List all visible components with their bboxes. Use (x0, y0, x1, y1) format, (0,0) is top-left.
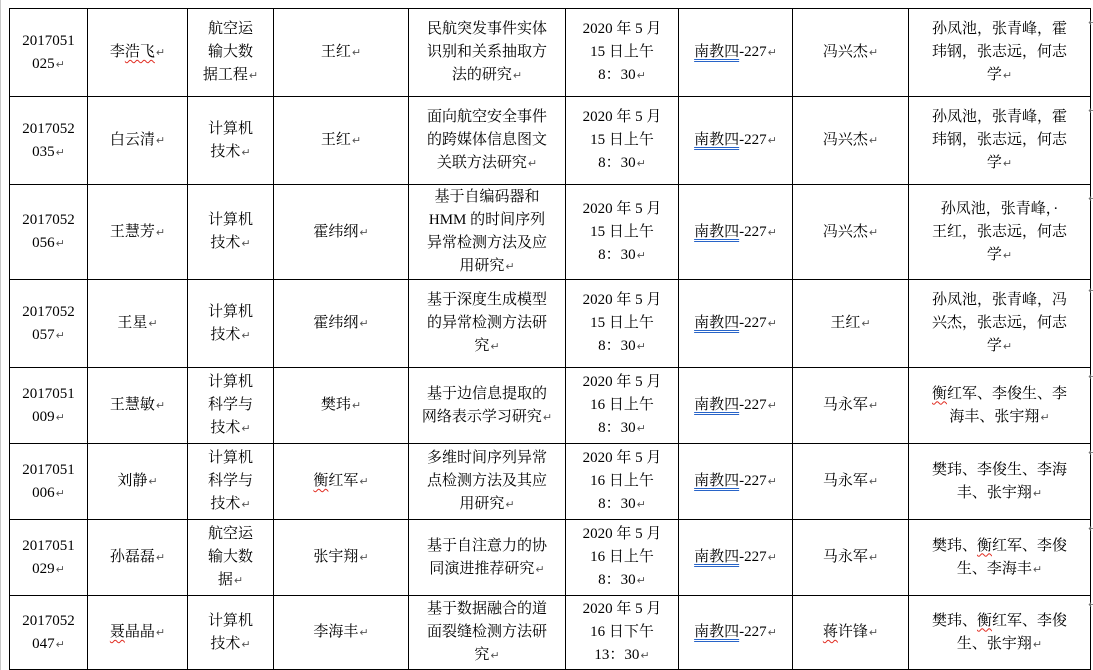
end-of-cell-mark: ↵ (640, 649, 649, 662)
end-of-row-mark: ↵ (1088, 446, 1093, 459)
cell-student-id: 2017052 035↵ (10, 97, 88, 185)
table-row: 2017051 029↵ 孙磊磊↵ 航空运 输大数 据↵ 张宇翔↵ 基于自注意力… (10, 520, 1091, 596)
cell-chair: 蒋许锋↵ (793, 596, 909, 670)
end-of-cell-mark: ↵ (543, 411, 552, 424)
table-row: 2017051 006↵ 刘静↵ 计算机 科学与 技术↵ 衡红军↵ 多维时间序列… (10, 444, 1091, 520)
cell-advisor: 王红↵ (274, 97, 409, 185)
end-of-cell-mark: ↵ (535, 563, 544, 576)
end-of-cell-mark: ↵ (234, 574, 243, 587)
cell-chair: 冯兴杰↵ (793, 9, 909, 97)
end-of-cell-mark: ↵ (869, 475, 878, 488)
cell-thesis-title: 基于深度生成模型 的异常检测方法研 究↵ (409, 280, 566, 368)
defense-schedule-table: 2017051 025↵ 李浩飞↵ 航空运 输大数 据工程↵ 王红↵ 民航突发事… (9, 8, 1091, 670)
end-of-row-mark: ↵ (1088, 16, 1093, 29)
end-of-cell-mark: ↵ (56, 638, 65, 651)
cell-student-id: 2017052 047↵ (10, 596, 88, 670)
cell-thesis-title: 基于自编码器和 HMM 的时间序列 异常检测方法及应 用研究↵ (409, 185, 566, 280)
end-of-cell-mark: ↵ (768, 475, 777, 488)
table-row: 2017052 035↵ 白云清↵ 计算机 技术↵ 王红↵ 面向航空安全事件 的… (10, 97, 1091, 185)
cell-committee: 樊玮、衡红军、李俊 生、李海丰↵ (909, 520, 1091, 596)
cell-major: 航空运 输大数 据工程↵ (188, 9, 274, 97)
end-of-cell-mark: ↵ (241, 498, 250, 511)
cell-datetime: 2020 年 5 月 16 日上午 8：30↵ (566, 444, 679, 520)
end-of-cell-mark: ↵ (249, 69, 258, 82)
end-of-cell-mark: ↵ (869, 626, 878, 639)
cell-chair: 马永军↵ (793, 444, 909, 520)
cell-advisor: 王红↵ (274, 9, 409, 97)
cell-major: 计算机 技术↵ (188, 596, 274, 670)
cell-advisor: 衡红军↵ (274, 444, 409, 520)
end-of-cell-mark: ↵ (1040, 411, 1049, 424)
cell-thesis-title: 民航突发事件实体 识别和关系抽取方 法的研究↵ (409, 9, 566, 97)
end-of-cell-mark: ↵ (768, 626, 777, 639)
end-of-cell-mark: ↵ (241, 422, 250, 435)
end-of-cell-mark: ↵ (1003, 249, 1012, 262)
table-row: 2017052 057↵ 王星↵ 计算机 技术↵ 霍纬纲↵ 基于深度生成模型 的… (10, 280, 1091, 368)
cell-thesis-title: 基于边信息提取的 网络表示学习研究↵ (409, 368, 566, 444)
end-of-cell-mark: ↵ (768, 551, 777, 564)
end-of-cell-mark: ↵ (352, 46, 361, 59)
cell-committee: 衡红军、李俊生、李 海丰、张宇翔↵ (909, 368, 1091, 444)
cell-location: 南教四-227↵ (679, 520, 793, 596)
end-of-cell-mark: ↵ (505, 260, 514, 273)
cell-datetime: 2020 年 5 月 15 日上午 8：30↵ (566, 185, 679, 280)
end-of-cell-mark: ↵ (1003, 340, 1012, 353)
table-row: 2017052 056↵ 王慧芳↵ 计算机 技术↵ 霍纬纲↵ 基于自编码器和 H… (10, 185, 1091, 280)
cell-student-name: 白云清↵ (88, 97, 188, 185)
table-row: 2017051 025↵ 李浩飞↵ 航空运 输大数 据工程↵ 王红↵ 民航突发事… (10, 9, 1091, 97)
end-of-cell-mark: ↵ (148, 317, 157, 330)
end-of-cell-mark: ↵ (528, 157, 537, 170)
end-of-cell-mark: ↵ (359, 551, 368, 564)
end-of-cell-mark: ↵ (359, 226, 368, 239)
cell-student-id: 2017052 056↵ (10, 185, 88, 280)
end-of-cell-mark: ↵ (1033, 638, 1042, 651)
cell-major: 计算机 科学与 技术↵ (188, 444, 274, 520)
end-of-cell-mark: ↵ (359, 626, 368, 639)
cell-thesis-title: 多维时间序列异常 点检测方法及其应 用研究↵ (409, 444, 566, 520)
end-of-cell-mark: ↵ (241, 146, 250, 159)
cell-datetime: 2020 年 5 月 16 日上午 8：30↵ (566, 368, 679, 444)
grammar-underline: 南教四 (694, 44, 739, 60)
end-of-cell-mark: ↵ (768, 46, 777, 59)
cell-datetime: 2020 年 5 月 15 日上午 8：30↵ (566, 280, 679, 368)
end-of-cell-mark: ↵ (241, 237, 250, 250)
table-row: 2017051 009↵ 王慧敏↵ 计算机 科学与 技术↵ 樊玮↵ 基于边信息提… (10, 368, 1091, 444)
cell-student-name: 王星↵ (88, 280, 188, 368)
cell-advisor: 张宇翔↵ (274, 520, 409, 596)
cell-student-id: 2017051 006↵ (10, 444, 88, 520)
cell-location: 南教四-227↵ (679, 185, 793, 280)
cell-location: 南教四-227↵ (679, 97, 793, 185)
end-of-cell-mark: ↵ (359, 317, 368, 330)
end-of-cell-mark: ↵ (56, 329, 65, 342)
end-of-cell-mark: ↵ (637, 498, 646, 511)
end-of-cell-mark: ↵ (768, 226, 777, 239)
cell-major: 计算机 技术↵ (188, 185, 274, 280)
end-of-cell-mark: ↵ (156, 134, 165, 147)
end-of-cell-mark: ↵ (869, 399, 878, 412)
cell-datetime: 2020 年 5 月 16 日下午 13：30↵ (566, 596, 679, 670)
cell-committee: 孙凤池，张青峰，· 王红，张志远，何志 学↵ (909, 185, 1091, 280)
cell-location: 南教四-227↵ (679, 9, 793, 97)
end-of-cell-mark: ↵ (56, 487, 65, 500)
cell-location: 南教四-227↵ (679, 596, 793, 670)
end-of-cell-mark: ↵ (1033, 563, 1042, 576)
cell-committee: 孙凤池，张青峰，霍 玮钢，张志远，何志 学↵ (909, 9, 1091, 97)
cell-major: 计算机 技术↵ (188, 97, 274, 185)
end-of-cell-mark: ↵ (768, 134, 777, 147)
cell-chair: 冯兴杰↵ (793, 97, 909, 185)
cell-chair: 王红↵ (793, 280, 909, 368)
cell-student-name: 孙磊磊↵ (88, 520, 188, 596)
end-of-row-mark: ↵ (1088, 192, 1093, 205)
end-of-cell-mark: ↵ (1003, 69, 1012, 82)
cell-thesis-title: 基于数据融合的道 面裂缝检测方法研 究↵ (409, 596, 566, 670)
cell-datetime: 2020 年 5 月 15 日上午 8：30↵ (566, 97, 679, 185)
end-of-row-mark: ↵ (1088, 522, 1093, 535)
cell-datetime: 2020 年 5 月 15 日上午 8：30↵ (566, 9, 679, 97)
cell-datetime: 2020 年 5 月 16 日上午 8：30↵ (566, 520, 679, 596)
cell-thesis-title: 面向航空安全事件 的跨媒体信息图文 关联方法研究↵ (409, 97, 566, 185)
end-of-cell-mark: ↵ (637, 69, 646, 82)
cell-student-name: 李浩飞↵ (88, 9, 188, 97)
end-of-cell-mark: ↵ (869, 134, 878, 147)
cell-chair: 马永军↵ (793, 368, 909, 444)
cell-student-id: 2017051 025↵ (10, 9, 88, 97)
cell-chair: 马永军↵ (793, 520, 909, 596)
cell-advisor: 霍纬纲↵ (274, 185, 409, 280)
cell-location: 南教四-227↵ (679, 368, 793, 444)
end-of-cell-mark: ↵ (768, 317, 777, 330)
cell-chair: 冯兴杰↵ (793, 185, 909, 280)
cell-advisor: 樊玮↵ (274, 368, 409, 444)
end-of-row-mark: ↵ (1088, 370, 1093, 383)
end-of-cell-mark: ↵ (352, 134, 361, 147)
cell-committee: 孙凤池，张青峰，冯 兴杰，张志远，何志 学↵ (909, 280, 1091, 368)
end-of-cell-mark: ↵ (490, 649, 499, 662)
cell-student-name: 刘静↵ (88, 444, 188, 520)
end-of-cell-mark: ↵ (359, 475, 368, 488)
cell-location: 南教四-227↵ (679, 444, 793, 520)
end-of-cell-mark: ↵ (241, 329, 250, 342)
end-of-cell-mark: ↵ (56, 411, 65, 424)
end-of-cell-mark: ↵ (352, 399, 361, 412)
end-of-cell-mark: ↵ (56, 563, 65, 576)
cell-location: 南教四-227↵ (679, 280, 793, 368)
end-of-cell-mark: ↵ (156, 226, 165, 239)
end-of-row-mark: ↵ (1088, 104, 1093, 117)
cell-student-name: 王慧芳↵ (88, 185, 188, 280)
end-of-row-mark: ↵ (1088, 598, 1093, 611)
end-of-row-mark: ↵ (1088, 284, 1093, 297)
cell-thesis-title: 基于自注意力的协 同演进推荐研究↵ (409, 520, 566, 596)
cell-student-name: 聂晶晶↵ (88, 596, 188, 670)
cell-advisor: 李海丰↵ (274, 596, 409, 670)
end-of-cell-mark: ↵ (861, 317, 870, 330)
end-of-cell-mark: ↵ (56, 58, 65, 71)
end-of-cell-mark: ↵ (490, 340, 499, 353)
cell-committee: 孙凤池，张青峰，霍 玮钢，张志远，何志 学↵ (909, 97, 1091, 185)
end-of-cell-mark: ↵ (513, 69, 522, 82)
end-of-cell-mark: ↵ (148, 475, 157, 488)
cell-student-id: 2017051 009↵ (10, 368, 88, 444)
cell-advisor: 霍纬纲↵ (274, 280, 409, 368)
end-of-cell-mark: ↵ (637, 340, 646, 353)
end-of-cell-mark: ↵ (869, 46, 878, 59)
cell-student-id: 2017051 029↵ (10, 520, 88, 596)
cell-major: 计算机 科学与 技术↵ (188, 368, 274, 444)
end-of-cell-mark: ↵ (768, 399, 777, 412)
end-of-cell-mark: ↵ (637, 249, 646, 262)
end-of-cell-mark: ↵ (505, 498, 514, 511)
end-of-cell-mark: ↵ (869, 551, 878, 564)
end-of-cell-mark: ↵ (637, 574, 646, 587)
table-row: 2017052 047↵ 聂晶晶↵ 计算机 技术↵ 李海丰↵ 基于数据融合的道 … (10, 596, 1091, 670)
end-of-cell-mark: ↵ (1033, 487, 1042, 500)
end-of-cell-mark: ↵ (869, 226, 878, 239)
cell-committee: 樊玮、李俊生、李海 丰、张宇翔↵ (909, 444, 1091, 520)
page-left-edge (0, 0, 1, 670)
spellcheck-underline: 浩飞 (125, 44, 155, 60)
cell-student-name: 王慧敏↵ (88, 368, 188, 444)
end-of-cell-mark: ↵ (637, 422, 646, 435)
end-of-cell-mark: ↵ (56, 146, 65, 159)
end-of-cell-mark: ↵ (637, 157, 646, 170)
end-of-cell-mark: ↵ (156, 551, 165, 564)
end-of-cell-mark: ↵ (156, 626, 165, 639)
cell-student-id: 2017052 057↵ (10, 280, 88, 368)
end-of-cell-mark: ↵ (156, 46, 165, 59)
cell-committee: 樊玮、衡红军、李俊 生、张宇翔↵ (909, 596, 1091, 670)
cell-major: 航空运 输大数 据↵ (188, 520, 274, 596)
end-of-cell-mark: ↵ (241, 638, 250, 651)
cell-major: 计算机 技术↵ (188, 280, 274, 368)
end-of-cell-mark: ↵ (156, 399, 165, 412)
end-of-cell-mark: ↵ (1003, 157, 1012, 170)
end-of-cell-mark: ↵ (56, 237, 65, 250)
